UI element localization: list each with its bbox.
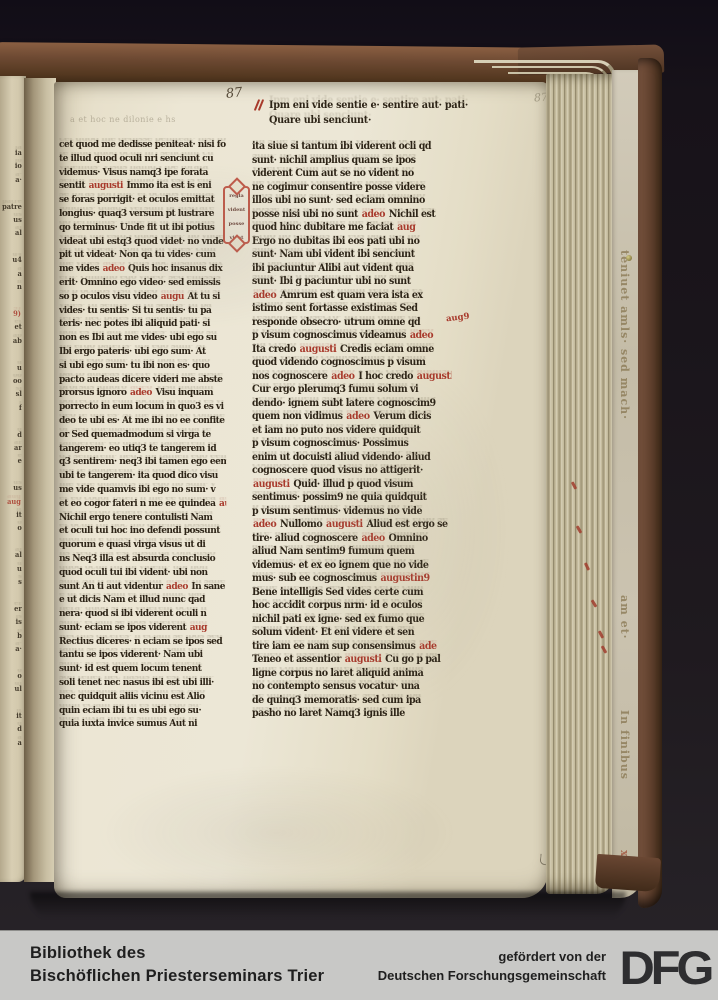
text-column-left: cet quod me dedisse peniteat· nisi fote … bbox=[59, 138, 235, 731]
clasp-nail-icon bbox=[626, 255, 632, 261]
manuscript-line: tantu se ipos viderent· Nam ubi bbox=[59, 648, 226, 662]
manuscript-line bbox=[0, 240, 22, 253]
rubric-word: adeo bbox=[129, 387, 153, 398]
manuscript-line: de quinq3 memoratis· sed cum ipa bbox=[252, 694, 452, 708]
manuscript-line: d bbox=[0, 428, 22, 441]
manuscript-line: posse nisi ubi no sunt adeo Nichil est bbox=[252, 208, 452, 222]
manuscript-line: ar bbox=[0, 441, 22, 454]
manuscript-line: responde obsecro· utrum omne qd bbox=[252, 316, 452, 330]
rubric-word: augustin9 bbox=[379, 573, 430, 584]
manuscript-line: me vide quamvis ibi ego no sum· v bbox=[59, 483, 226, 497]
footer-band: Bibliothek des Bischöflichen Priestersem… bbox=[0, 930, 718, 1000]
manuscript-line: aug bbox=[0, 495, 22, 508]
manuscript-line: Ibi ergo pateris· ubi ego sum· At bbox=[59, 345, 226, 359]
manuscript-line: adeo Nullomo augusti Aliud est ergo se bbox=[252, 518, 452, 532]
rubric-word: adeo bbox=[102, 263, 126, 274]
manuscript-line: erit· Omnino ego video· sed emissis bbox=[59, 276, 226, 290]
manuscript-line: dendo· ignem subt latere cognoscim9 bbox=[252, 397, 452, 411]
manuscript-line: quod hinc dubitare me faciat aug bbox=[252, 221, 452, 235]
manuscript-line: no contempto sensus vocatur· una bbox=[252, 680, 452, 694]
manuscript-line: ibi paciuntur Alibi aut vident qua bbox=[252, 262, 452, 276]
manuscript-line: Ergo no dubitas ibi eos pati ubi no bbox=[252, 235, 452, 249]
manuscript-line bbox=[0, 535, 22, 548]
manuscript-line: cognoscere quod visus no attigerit· bbox=[252, 464, 452, 478]
rubric-word: adeo bbox=[345, 411, 370, 422]
manuscript-line: o bbox=[0, 669, 22, 682]
manuscript-line: p visum cognoscimus videamus adeo bbox=[252, 329, 452, 343]
rubric-word: aug bbox=[6, 497, 22, 506]
manuscript-line: Teneo et assentior augusti Cu go p pal bbox=[252, 653, 452, 667]
rubric-word: augu bbox=[160, 291, 185, 302]
manuscript-line: quin eciam ibi tu es ubi ego su· bbox=[59, 704, 226, 718]
library-name-line1: Bibliothek des bbox=[30, 942, 324, 965]
manuscript-line bbox=[0, 468, 22, 481]
rubric-word: aug bbox=[396, 222, 416, 233]
manuscript-line: d bbox=[0, 722, 22, 735]
screenshot-stage: iaioa· patreusal u4an 9)etab uooslf dare… bbox=[0, 0, 718, 1000]
manuscript-line: us bbox=[0, 481, 22, 494]
manuscript-line: pasho no laret Namq3 ignis ille bbox=[252, 707, 452, 721]
manuscript-line: augusti Quid· illud p quod visum bbox=[252, 478, 452, 492]
manuscript-line: oo bbox=[0, 374, 22, 387]
manuscript-line: quorum e quasi virga visus ut di bbox=[59, 538, 226, 552]
manuscript-line: s bbox=[0, 575, 22, 588]
manuscript-line: sunt An ti aut videntur adeo In sane bbox=[59, 580, 226, 594]
manuscript-line: sentimus· possim9 ne quia quidquit bbox=[252, 491, 452, 505]
manuscript-line: solum vident· Et eni videre et sen bbox=[252, 626, 452, 640]
manuscript-line: et bbox=[0, 320, 22, 333]
manuscript-line: sl bbox=[0, 387, 22, 400]
manuscript-line bbox=[0, 655, 22, 668]
manuscript-line: or Sed quemadmodum si virga te bbox=[59, 428, 226, 442]
rubric-word: augusti bbox=[325, 519, 364, 530]
manuscript-line: it bbox=[0, 709, 22, 722]
manuscript-line: sunt· Nam ubi vident ibi senciunt bbox=[252, 248, 452, 262]
manuscript-line: us bbox=[0, 213, 22, 226]
manuscript-line: et oculi tui hoc ino defendi possunt bbox=[59, 524, 226, 538]
fore-edge-inscription-1: teniuet amls· sed mach· bbox=[618, 250, 631, 420]
funding-line2: Deutschen Forschungsgemeinschaft bbox=[378, 966, 606, 985]
manuscript-line: er bbox=[0, 602, 22, 615]
rubric-word: aug bbox=[218, 498, 226, 509]
red-marginal-cartouche: reglavidentpossevidet bbox=[223, 186, 250, 244]
manuscript-line: u4 bbox=[0, 253, 22, 266]
manuscript-line: sunt· nichil amplius quam se ipos bbox=[252, 154, 452, 168]
manuscript-line: tire iam ee nam sup consensimus ade bbox=[252, 640, 452, 654]
manuscript-line: porrecto in eum locum in quo3 es vi bbox=[59, 400, 226, 414]
manuscript-line: pit ut videat· Non qa tu vides· cum bbox=[59, 248, 226, 262]
manuscript-line: videmus· Visus namq3 ipe forata bbox=[59, 166, 226, 180]
rubric-word: augusti bbox=[252, 479, 291, 490]
manuscript-line: e bbox=[0, 454, 22, 467]
manuscript-line: quod videndo cognoscimus p visum bbox=[252, 356, 452, 370]
manuscript-line bbox=[0, 293, 22, 306]
manuscript-line: p visum cognoscimus· Possimus bbox=[252, 437, 452, 451]
gutter-crease bbox=[24, 78, 56, 882]
manuscript-line: ligne corpus no laret aliquid anima bbox=[252, 667, 452, 681]
manuscript-line: quia iuxta invice sumus Aut ni bbox=[59, 717, 226, 731]
manuscript-line: b bbox=[0, 629, 22, 642]
manuscript-line: aliud Nam sentim9 fumum quem bbox=[252, 545, 452, 559]
manuscript-line: non es Ibi aut me vides· ubi ego su bbox=[59, 331, 226, 345]
book-shadow bbox=[30, 892, 626, 922]
manuscript-line: Cur ergo plerumq3 fumu solum vi bbox=[252, 383, 452, 397]
manuscript-line bbox=[0, 696, 22, 709]
manuscript-line: vides· tu sentis· Si tu sentis· tu pa bbox=[59, 304, 226, 318]
manuscript-line: deo te ubi es· At me ibi no ee confite bbox=[59, 414, 226, 428]
manuscript-line: nec quidquit aliis vicinu est Alio bbox=[59, 690, 226, 704]
rubric-word: adeo bbox=[330, 371, 355, 382]
manuscript-line bbox=[0, 588, 22, 601]
margin-note-aug: aug9 bbox=[445, 312, 470, 325]
manuscript-line: a bbox=[0, 267, 22, 280]
manuscript-line: pacto audeas dicere videri me abste bbox=[59, 373, 226, 387]
manuscript-line: mus· sub ee cognoscimus augustin9 bbox=[252, 572, 452, 586]
manuscript-line: istimo sent fortasse existimas Sed bbox=[252, 302, 452, 316]
rubric-word: adeo bbox=[252, 290, 277, 301]
manuscript-line: io bbox=[0, 159, 22, 172]
rubric-word: ade bbox=[418, 641, 437, 652]
manuscript-line: quod oculi tui ibi vident· ubi non bbox=[59, 566, 226, 580]
manuscript-line: prorsus ignoro adeo Visu inquam bbox=[59, 386, 226, 400]
manuscript-line: quem non vidimus adeo Verum dicis bbox=[252, 410, 452, 424]
manuscript-line: Nichil ergo tenere contulisti Nam bbox=[59, 511, 226, 525]
manuscript-line: Bene intelligis Sed vides certe cum bbox=[252, 586, 452, 600]
leather-cover-right bbox=[638, 58, 662, 908]
manuscript-line: si ubi ego sum· tu ibi non es· quo bbox=[59, 359, 226, 373]
manuscript-line: et eo cogor fateri n me ee quindea aug bbox=[59, 497, 226, 511]
manuscript-line: u bbox=[0, 361, 22, 374]
manuscript-line: illos ubi no sunt· sed eciam omnino bbox=[252, 194, 452, 208]
manuscript-line: tire· aliud cognoscere adeo Omnino bbox=[252, 532, 452, 546]
rubric-word: augusti bbox=[88, 180, 124, 191]
manuscript-line: so p oculos visu video augu At tu si bbox=[59, 290, 226, 304]
manuscript-line: is bbox=[0, 615, 22, 628]
facing-page-sliver: iaioa· patreusal u4an 9)etab uooslf dare… bbox=[0, 76, 26, 882]
rubric-word: adeo bbox=[409, 330, 434, 341]
manuscript-line: ita siue si tantum ibi viderent ocli qd bbox=[252, 140, 452, 154]
rubric-word: augusti bbox=[416, 371, 452, 382]
manuscript-line: ab bbox=[0, 334, 22, 347]
rubric-word: adeo bbox=[361, 209, 386, 220]
manuscript-line: sunt· id est quem locum tenent bbox=[59, 662, 226, 676]
manuscript-line: ia bbox=[0, 146, 22, 159]
manuscript-page: 87 87 a et hoc ne dilonie e hs Ipm eni v… bbox=[54, 82, 548, 898]
manuscript-line: f bbox=[0, 401, 22, 414]
fore-edge-inscription-3: In finibus bbox=[618, 710, 631, 780]
manuscript-line: Rectius diceres· n eciam se ipos sed bbox=[59, 635, 226, 649]
library-name-line2: Bischöflichen Priesterseminars Trier bbox=[30, 965, 324, 988]
manuscript-line bbox=[0, 414, 22, 427]
manuscript-line: sunt· eciam se ipos viderent aug bbox=[59, 621, 226, 635]
manuscript-line: qo terminus· Unde fit ut ibi potius bbox=[59, 221, 226, 235]
manuscript-line: a· bbox=[0, 173, 22, 186]
rubric-word: 9) bbox=[12, 309, 22, 318]
rubric-word: adeo bbox=[361, 533, 386, 544]
manuscript-line: sunt· Ibi g paciuntur ubi no sunt bbox=[252, 275, 452, 289]
rubric-word: aug bbox=[189, 622, 208, 633]
manuscript-line: videt bbox=[225, 230, 248, 244]
manuscript-line: a bbox=[0, 736, 22, 749]
manuscript-line: ul bbox=[0, 682, 22, 695]
manuscript-line: nichil pati ex igne· sed ex fumo que bbox=[252, 613, 452, 627]
manuscript-line: cet quod me dedisse peniteat· nisi fo bbox=[59, 138, 226, 152]
fore-edge-inscription-2: am et· bbox=[618, 595, 631, 640]
manuscript-line: hoc accidit corpus nrm· id e oculos bbox=[252, 599, 452, 613]
manuscript-line: it bbox=[0, 508, 22, 521]
bleedthrough-text: a et hoc ne dilonie e hs bbox=[70, 115, 176, 124]
manuscript-line bbox=[0, 186, 22, 199]
leather-cover-bottom-right bbox=[595, 854, 661, 892]
manuscript-line: tangerem· eo utiq3 te tangerem id bbox=[59, 442, 226, 456]
funding-line1: gefördert von der bbox=[378, 947, 606, 966]
fore-edge-page-stack bbox=[546, 74, 614, 894]
manuscript-line: posse bbox=[225, 216, 248, 230]
manuscript-line: ubi te tangerem· ita quod dico visu bbox=[59, 469, 226, 483]
manuscript-line: enim ut docuisti aliud videndo· aliud bbox=[252, 451, 452, 465]
page-heading: Ipm eni vide sentie e· sentire aut· pati… bbox=[256, 98, 474, 128]
manuscript-line: adeo Amrum est quam vera ista ex bbox=[252, 289, 452, 303]
manuscript-line: n bbox=[0, 280, 22, 293]
rubric-word: augusti bbox=[299, 344, 338, 355]
heading-line-2: Quare ubi senciunt· bbox=[269, 113, 468, 128]
manuscript-line: vident bbox=[225, 202, 248, 216]
manuscript-line: sentit augusti Immo ita est is eni bbox=[59, 179, 226, 193]
manuscript-line: 9) bbox=[0, 307, 22, 320]
manuscript-line: videmus· et ex eo ignem que no vide bbox=[252, 559, 452, 573]
manuscript-line: te illud quod oculi nri senciunt cu bbox=[59, 152, 226, 166]
manuscript-line: al bbox=[0, 548, 22, 561]
manuscript-line: regla bbox=[225, 188, 248, 202]
library-name: Bibliothek des Bischöflichen Priestersem… bbox=[30, 942, 324, 988]
manuscript-line: p visum sentimus· videmus no vide bbox=[252, 505, 452, 519]
manuscript-line: q3 sentirem· neq3 ibi tamen ego eem bbox=[59, 455, 226, 469]
manuscript-line: longius· quaq3 versum pt lustrare bbox=[59, 207, 226, 221]
manuscript-line: a· bbox=[0, 642, 22, 655]
rubric-word: adeo bbox=[252, 519, 277, 530]
manuscript-line: se foras porrigit· et oculos emittat bbox=[59, 193, 226, 207]
facing-page-text-fragments: iaioa· patreusal u4an 9)etab uooslf dare… bbox=[0, 146, 23, 749]
manuscript-line: et iam no puto nos videre quidquit bbox=[252, 424, 452, 438]
manuscript-line: nos cognoscere adeo I hoc credo augusti bbox=[252, 370, 452, 384]
rubric-word: augusti bbox=[344, 654, 383, 665]
manuscript-line: patre bbox=[0, 200, 22, 213]
manuscript-line: al bbox=[0, 226, 22, 239]
manuscript-line: teris· nec potes ibi aliquid pati· si bbox=[59, 317, 226, 331]
manuscript-line bbox=[0, 347, 22, 360]
manuscript-line: ns Neq3 illa est absurda conclusio bbox=[59, 552, 226, 566]
manuscript-line: u bbox=[0, 562, 22, 575]
manuscript-line: o bbox=[0, 521, 22, 534]
heading-line-1: Ipm eni vide sentie e· sentire aut· pati… bbox=[269, 98, 468, 113]
manuscript-line: e ut dicis Nam et illud nunc qad bbox=[59, 593, 226, 607]
rubric-word: adeo bbox=[165, 581, 189, 592]
manuscript-line: ne cogimur consentire posse videre bbox=[252, 181, 452, 195]
manuscript-line: me vides adeo Quis hoc insanus dix bbox=[59, 262, 226, 276]
manuscript-line: videat ubi estq3 quod videt· no vnde bbox=[59, 235, 226, 249]
folio-number: 87 bbox=[225, 85, 243, 102]
manuscript-line: soli tenet nec nasus ibi est ubi illi· bbox=[59, 676, 226, 690]
manuscript-line: viderent Cum aut se no vident no bbox=[252, 167, 452, 181]
text-column-right: ita siue si tantum ibi viderent ocli qds… bbox=[252, 140, 462, 721]
funding-credit: gefördert von der Deutschen Forschungsge… bbox=[378, 947, 606, 985]
rubric-paragraph-icon bbox=[256, 99, 266, 112]
manuscript-line: Ita credo augusti Credis eciam omne bbox=[252, 343, 452, 357]
manuscript-photo: iaioa· patreusal u4an 9)etab uooslf dare… bbox=[0, 0, 718, 930]
manuscript-line: nera· quod si ibi viderent oculi n bbox=[59, 607, 226, 621]
dfg-logo: DFG bbox=[619, 940, 710, 995]
